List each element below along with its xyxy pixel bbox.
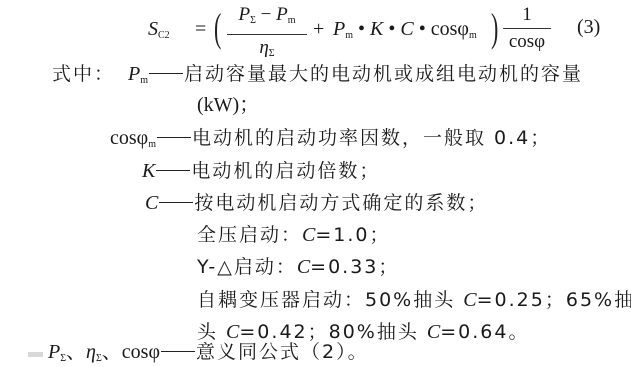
definition-cosphi-m: cosφm电动机的启动功率因数，一般取 0.4；: [110, 124, 551, 152]
em-dash: [157, 137, 191, 138]
definition-text: 电动机的启动倍数；: [191, 160, 380, 182]
fraction-2: 1 cosφ: [503, 4, 551, 53]
em-dash: [149, 73, 183, 74]
c-value: =0.33；: [310, 256, 399, 278]
em-dash: [156, 170, 190, 171]
formula-equals: =: [195, 18, 206, 41]
definition-text: 意义同公式（2）。: [196, 341, 369, 363]
formula-3: SC2 = ( PΣ − Pm ηΣ + Pm • K • C • cosφm …: [145, 4, 615, 60]
c-value-label: 全压启动：: [197, 224, 302, 246]
definition-same-as-eq2: PΣ、ηΣ、cosφ意义同公式（2）。: [48, 338, 369, 366]
em-dash: [159, 202, 193, 203]
fraction-bar: [227, 34, 307, 35]
c-value-label: Y-△启动：: [197, 256, 297, 278]
symbol-c: C: [145, 192, 158, 214]
symbols-list: PΣ、ηΣ、cosφ: [48, 341, 160, 363]
fraction-2-denominator: cosφ: [503, 31, 551, 53]
margin-mark: [28, 352, 43, 357]
c-value: =1.0；: [315, 224, 390, 246]
c-value-star-delta: Y-△启动：C=0.33；: [197, 253, 399, 281]
open-paren: (: [214, 4, 221, 51]
c-value-label: 自耦变压器启动：50%抽头: [197, 289, 463, 311]
where-label: 式中：: [52, 60, 115, 88]
fraction-bar: [503, 28, 551, 29]
close-paren: ): [491, 4, 498, 51]
c-var: C: [427, 321, 440, 343]
symbol-pm: Pm: [128, 63, 148, 85]
c-value: =0.25；65%抽: [477, 289, 631, 311]
formula-plus: +: [313, 18, 324, 41]
symbol-k: K: [142, 160, 155, 182]
em-dash: [161, 351, 195, 352]
definition-k: K电动机的启动倍数；: [142, 157, 380, 185]
definition-text: 启动容量最大的电动机或成组电动机的容量: [184, 63, 583, 85]
fraction-2-numerator: 1: [503, 4, 551, 26]
formula-number: (3): [577, 16, 600, 39]
definition-pm-continued: (kW)；: [197, 91, 259, 119]
definition-text: (kW)；: [197, 94, 259, 116]
formula-product: Pm • K • C • cosφm: [333, 18, 477, 41]
c-var: C: [463, 289, 476, 311]
c-value: =0.64。: [440, 321, 529, 343]
fraction-1: PΣ − Pm ηΣ: [227, 4, 307, 65]
c-value-full-voltage: 全压启动：C=1.0；: [197, 221, 391, 249]
definition-text: 按电动机启动方式确定的系数；: [194, 192, 488, 214]
fraction-1-numerator: PΣ − Pm: [227, 4, 307, 32]
definition-c: C按电动机启动方式确定的系数；: [145, 189, 488, 217]
formula-lhs: SC2: [148, 18, 170, 41]
c-var: C: [297, 256, 310, 278]
symbol-cosphi-m: cosφm: [110, 127, 156, 149]
c-var: C: [302, 224, 315, 246]
c-value-autotransformer: 自耦变压器启动：50%抽头 C=0.25；65%抽: [197, 286, 631, 314]
definition-text: 电动机的启动功率因数，一般取 0.4；: [192, 127, 551, 149]
definition-pm: Pm启动容量最大的电动机或成组电动机的容量: [128, 60, 583, 88]
